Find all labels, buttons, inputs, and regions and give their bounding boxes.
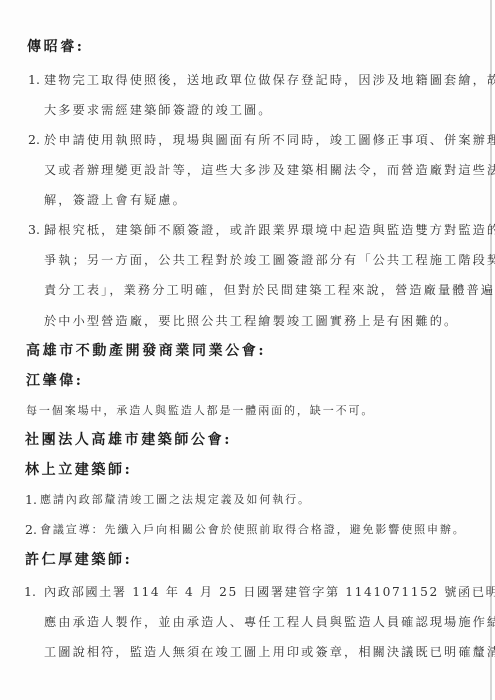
item-text-line: 歸根究柢，建築師不願簽證，或許跟業界環境中起造與監造雙方對監造的契約有所	[44, 222, 495, 238]
organization-heading: 社團法人高雄市建築師公會:	[25, 431, 232, 449]
speaker-heading-fu: 傳昭睿:	[27, 38, 85, 56]
item-number: 1.	[25, 492, 37, 508]
item-text-line: 大多要求需經建築師簽證的竣工圖。	[44, 102, 273, 118]
item-text-line: 責分工表」，業務分工明確，但對於民間建築工程來說，營造廠量體普遍較小，對	[44, 282, 495, 298]
item-text-line: 會議宣導：先纖入戶向相關公會於使照前取得合格證，避免影響使照申辦。	[40, 522, 466, 538]
item-text-line: 於中小型營造廠，要比照公共工程繪製竣工圖實務上是有困難的。	[44, 313, 458, 329]
item-number: 2.	[25, 522, 37, 538]
item-text-line: 建物完工取得使照後，送地政單位做保存登記時，因涉及地籍圖套繪，故地政單位	[44, 72, 495, 88]
item-text-line: 解，簽證上會有疑慮。	[44, 192, 187, 208]
speaker-heading-lin: 林上立建築師:	[25, 461, 132, 479]
item-text-line: 爭執；另一方面，公共工程對於竣工圖簽證部分有「公共工程施工階段契約約定權	[44, 252, 495, 268]
item-text-line: 工圖說相符，監造人無須在竣工圖上用印或簽章，相關決議既已明確釐清責任歸	[44, 644, 495, 660]
organization-heading: 高雄市不動產開發商業同業公會:	[26, 342, 266, 360]
item-text-line: 應由承造人製作，並由承造人、專任工程人員與監造人員確認現場施作結果與竣	[44, 614, 495, 630]
item-number: 3.	[28, 222, 40, 238]
speaker-heading-chiang: 江肇偉:	[26, 372, 84, 390]
item-text-line: 應請內政部釐清竣工圖之法規定義及如何執行。	[40, 492, 311, 508]
document-page: 傳昭睿: 1. 建物完工取得使照後，送地政單位做保存登記時，因涉及地籍圖套繪，故…	[0, 0, 492, 700]
speaker-statement: 每一個案場中，承造人與監造人都是一體兩面的，缺一不可。	[26, 403, 374, 419]
item-text-line: 內政部國土署 114 年 4 月 25 日國署建管字第 1141071152 號…	[44, 584, 495, 600]
item-text-line: 於申請使用執照時，現場與圖面有所不同時，竣工圖修正事項、併案辦理變更設計	[44, 132, 495, 148]
speaker-heading-hsu: 許仁厚建築師:	[25, 551, 132, 569]
item-number: 1.	[28, 72, 40, 88]
item-text-line: 又或者辦理變更設計等，這些大多涉及建築相關法令，而營造廠對這些法令不慎了	[44, 162, 495, 178]
item-number: 1.	[24, 584, 36, 600]
item-number: 2.	[28, 132, 40, 148]
